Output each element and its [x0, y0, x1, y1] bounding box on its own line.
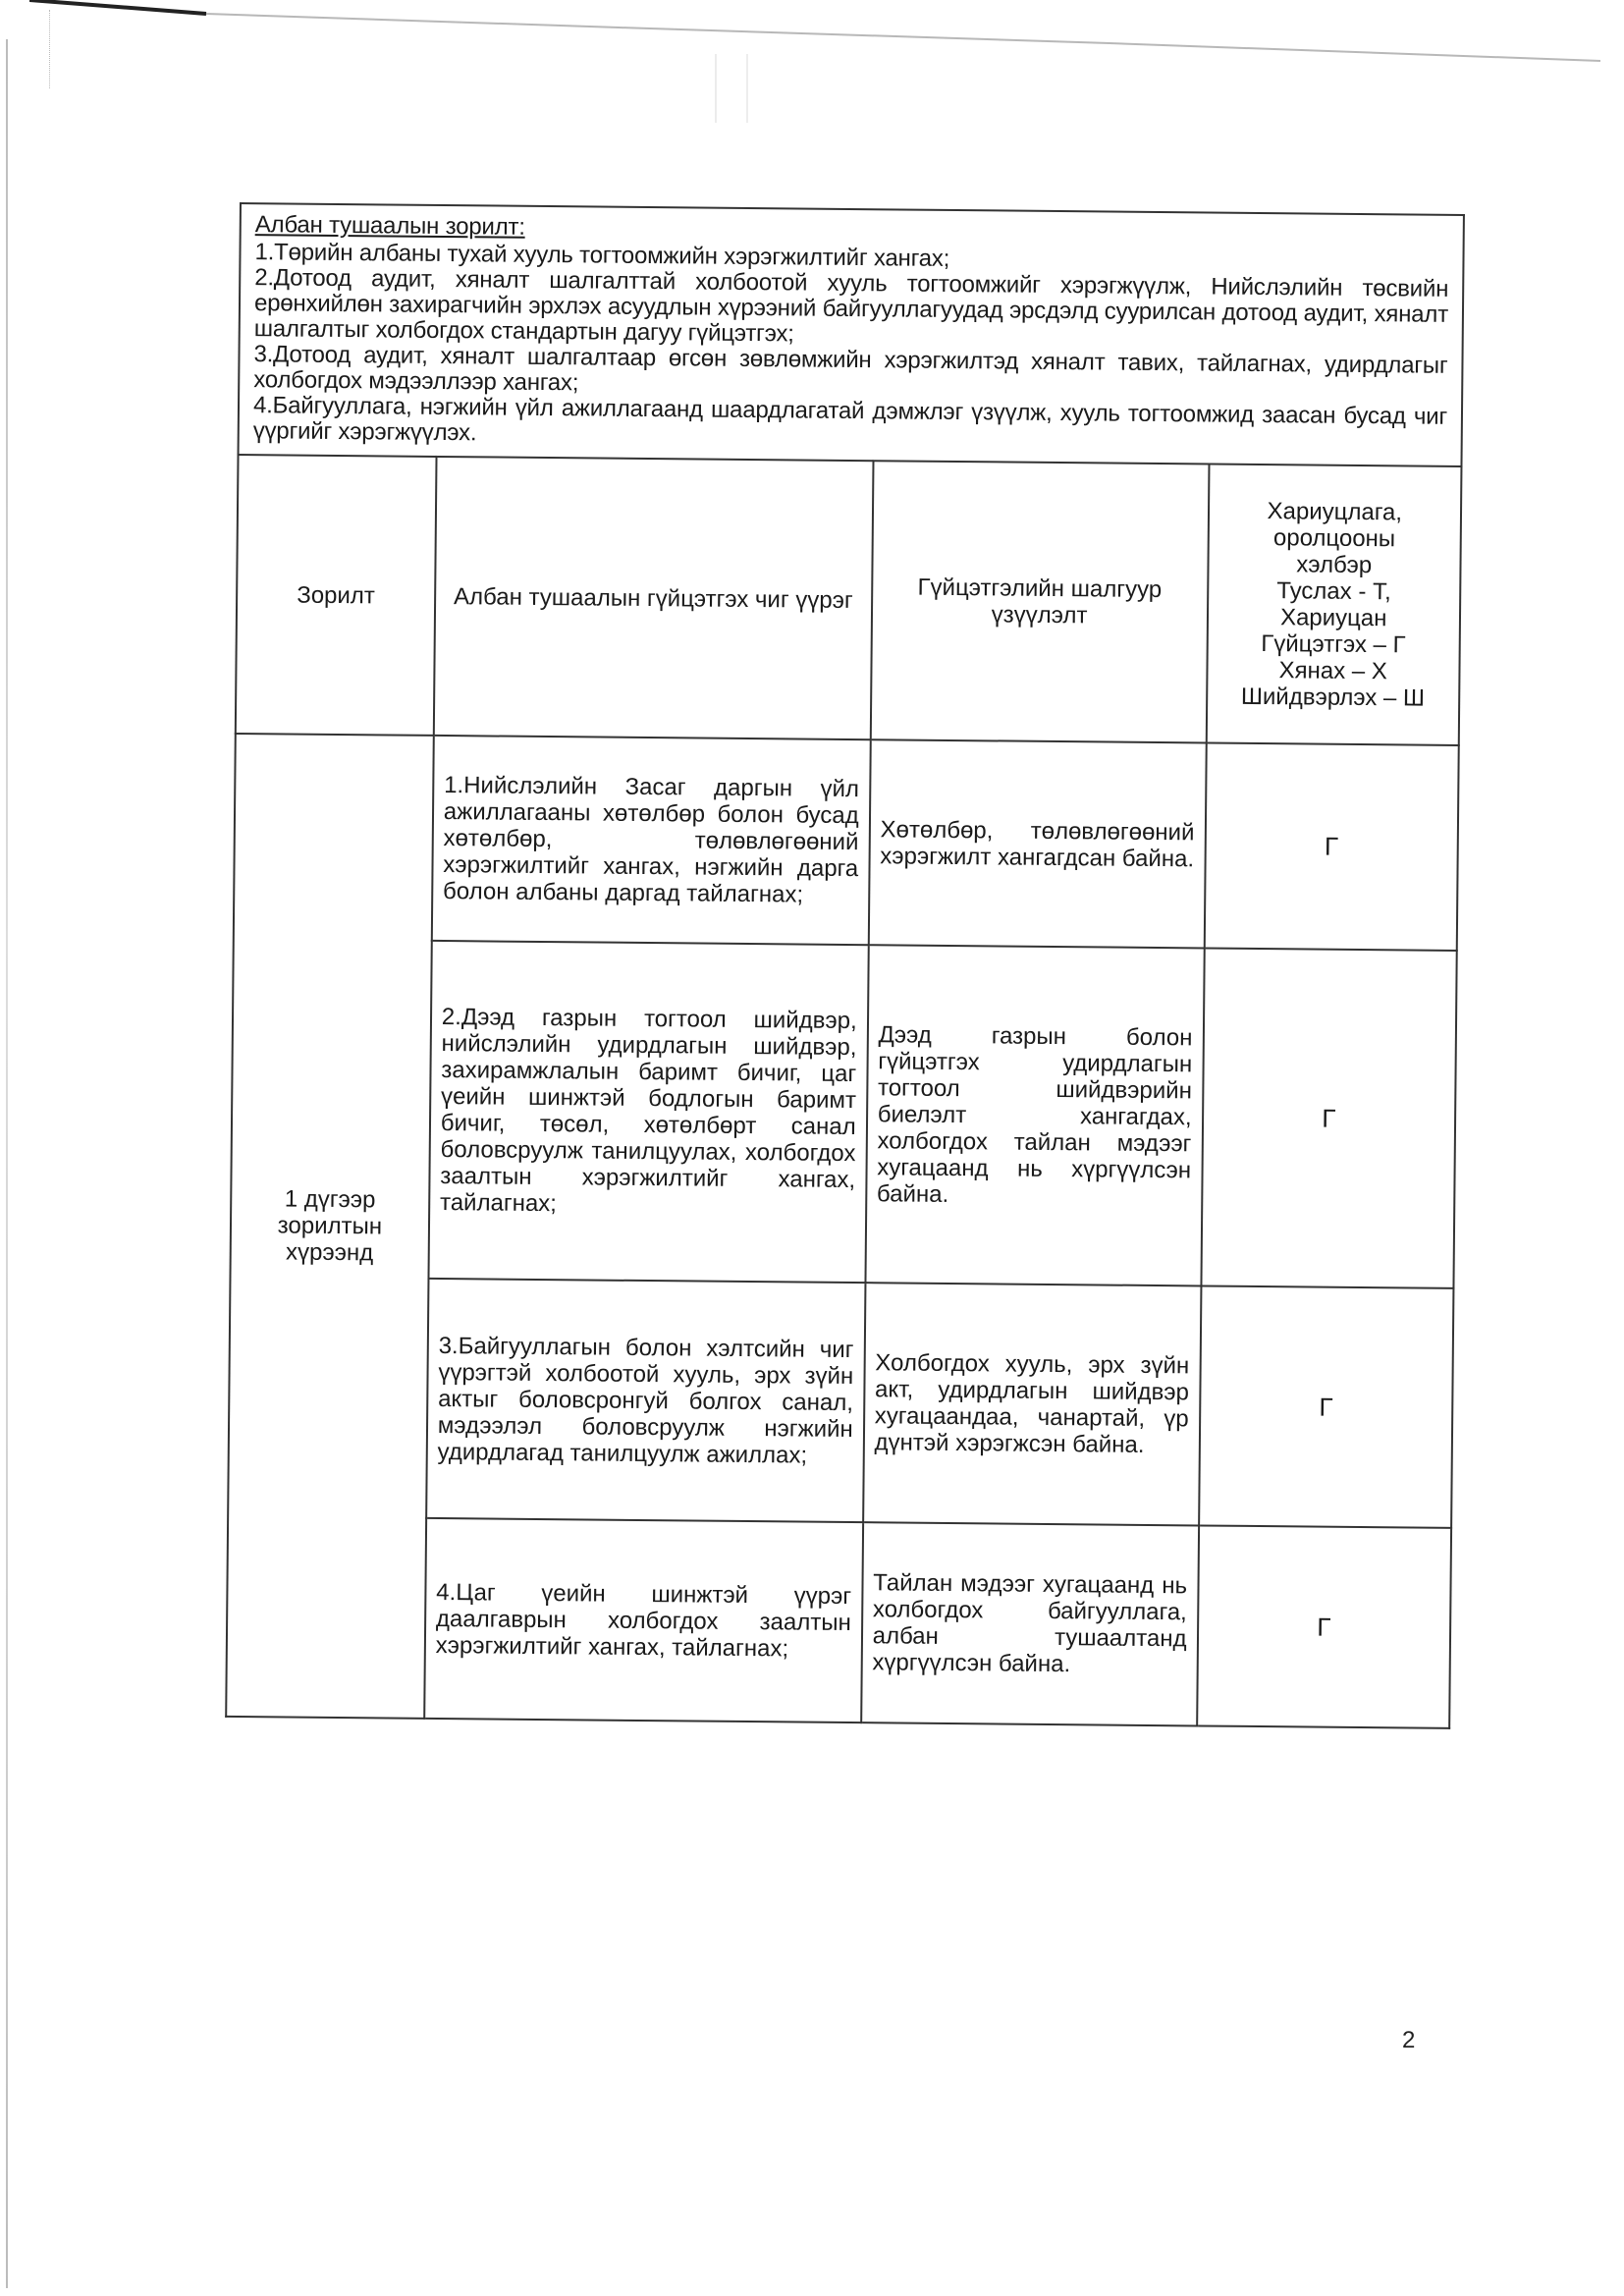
duty-cell: 2.Дээд газрын тогтоол шийдвэр, нийслэлий…	[428, 941, 868, 1283]
criteria-cell: Хөтөлбөр, төлөвлөгөөний хэрэгжилт хангаг…	[868, 739, 1206, 948]
page-number: 2	[1402, 2027, 1415, 2054]
responsibility-cell: Г	[1201, 948, 1457, 1287]
scan-artifact	[49, 10, 70, 88]
responsibility-cell: Г	[1199, 1285, 1454, 1527]
duties-table: Зорилт Албан тушаалын гүйцэтгэх чиг үүрэ…	[225, 454, 1462, 1729]
header-responsibility: Хариуцлага, оролцооны хэлбэр Туслах - Т,…	[1206, 464, 1461, 744]
duty-cell: 1.Нийслэлийн Засаг даргын үйл ажиллагаан…	[432, 736, 871, 945]
table-row: 1 дүгээр зорилтын хүрээнд 1.Нийслэлийн З…	[234, 734, 1459, 951]
responsibility-cell: Г	[1197, 1525, 1451, 1727]
responsibility-cell: Г	[1204, 742, 1458, 950]
duty-cell: 3.Байгууллагын болон хэлтсийн чиг үүрэгт…	[426, 1279, 865, 1522]
scan-edge-top	[29, 0, 1600, 69]
duty-cell: 4.Цаг үеийн шинжтэй үүрэг даалгаврын хол…	[424, 1518, 863, 1722]
header-criteria: Гүйцэтгэлийн шалгуур үзүүлэлт	[870, 461, 1209, 742]
document-page: Албан тушаалын зорилт: 1.Төрийн албаны т…	[225, 202, 1465, 1729]
header-duty: Албан тушаалын гүйцэтгэх чиг үүрэг	[434, 457, 874, 739]
legend-line: Гүйцэтгэх – Г	[1218, 630, 1449, 659]
legend-line: Туслах - Т,	[1218, 577, 1450, 606]
table-header-row: Зорилт Албан тушаалын гүйцэтгэх чиг үүрэ…	[236, 455, 1462, 745]
criteria-cell: Дээд газрын болон гүйцэтгэх удирдлагын т…	[865, 945, 1204, 1285]
criteria-cell: Тайлан мэдээг хугацаанд нь холбогдох бай…	[861, 1522, 1199, 1725]
criteria-cell: Холбогдох хууль, эрх зүйн акт, удирдлагы…	[863, 1283, 1201, 1525]
legend-line: Хянах – Х	[1218, 657, 1449, 685]
position-objectives-section: Албан тушаалын зорилт: 1.Төрийн албаны т…	[238, 202, 1465, 465]
legend-line: оролцооны	[1218, 524, 1450, 553]
legend-line: Шийдвэрлэх – Ш	[1218, 683, 1449, 712]
objective-item: 4.Байгууллага, нэгжийн үйл ажиллагаанд ш…	[253, 393, 1447, 456]
scan-smudge	[715, 54, 748, 123]
legend-line: хэлбэр	[1218, 551, 1450, 579]
header-goal: Зорилт	[236, 455, 437, 736]
goal-cell: 1 дүгээр зорилтын хүрээнд	[226, 734, 433, 1719]
legend-line: Хариуцан	[1218, 604, 1449, 632]
legend-line: Хариуцлага,	[1218, 498, 1450, 526]
scan-edge-left	[6, 39, 8, 2288]
objective-item: 2.Дотоод аудит, хяналт шалгалттай холбоо…	[254, 265, 1449, 354]
